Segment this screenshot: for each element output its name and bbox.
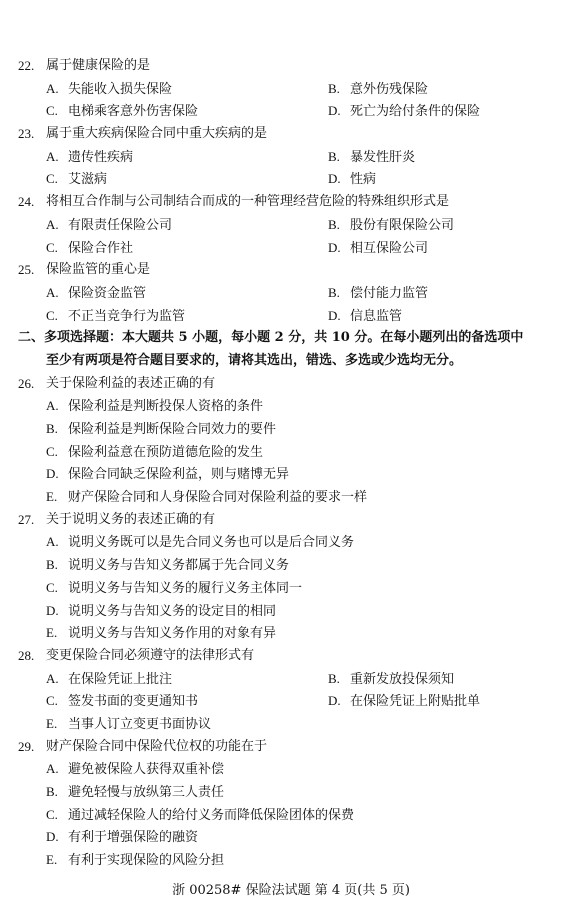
option-letter: A. [46,395,68,418]
question-stem: 变更保险合同必须遵守的法律形式有 [46,645,254,668]
option-text: 通过减轻保险人的给付义务而降低保险团体的保费 [68,808,354,823]
option-b: B.偿付能力监管 [328,282,428,306]
option-a: A.失能收入损失保险 [46,78,172,102]
option-text: 保险合同缺乏保险利益，则与赌博无异 [68,467,289,482]
option-text: 保险利益是判断保险合同效力的要件 [68,422,276,437]
option-c: C.电梯乘客意外伤害保险 [46,100,198,124]
option-letter: A. [46,214,68,237]
option-letter: D. [46,600,68,623]
option-letter: A. [46,668,68,691]
option-e: E.财产保险合同和人身保险合同对保险利益的要求一样 [46,486,367,510]
option-b: B.意外伤残保险 [328,78,428,102]
option-a: A.遗传性疾病 [46,146,133,170]
option-row: E.说明义务与告知义务作用的对象有异 [0,622,582,645]
option-text: 信息监管 [350,309,402,324]
option-text: 性病 [350,172,376,187]
option-text: 意外伤残保险 [350,82,428,97]
question-27: 27. 关于说明义务的表述正确的有 [0,509,582,532]
option-row: A.失能收入损失保险 B.意外伤残保险 [0,78,582,101]
option-row: C.签发书面的变更通知书 D.在保险凭证上附贴批单 [0,690,582,713]
question-stem: 关于保险利益的表述正确的有 [46,373,215,396]
option-text: 当事人订立变更书面协议 [68,717,211,732]
option-row: C.电梯乘客意外伤害保险 D.死亡为给付条件的保险 [0,100,582,123]
question-number: 29. [18,736,34,759]
question-stem: 关于说明义务的表述正确的有 [46,509,215,532]
option-text: 保险利益意在预防道德危险的发生 [68,445,263,460]
option-a: A.在保险凭证上批注 [46,668,172,692]
option-letter: D. [328,690,350,713]
question-number: 23. [18,123,34,146]
option-text: 签发书面的变更通知书 [68,694,198,709]
option-row: C.说明义务与告知义务的履行义务主体同一 [0,577,582,600]
option-letter: C. [46,168,68,191]
option-text: 遗传性疾病 [68,150,133,165]
question-23: 23. 属于重大疾病保险合同中重大疾病的是 [0,123,582,146]
option-letter: C. [46,237,68,260]
option-row: C.通过减轻保险人的给付义务而降低保险团体的保费 [0,804,582,827]
option-text: 在保险凭证上附贴批单 [350,694,480,709]
option-b: B.股份有限保险公司 [328,214,454,238]
option-letter: D. [328,237,350,260]
option-letter: C. [46,305,68,328]
option-letter: C. [46,577,68,600]
option-text: 避免轻慢与放纵第三人责任 [68,785,224,800]
option-text: 说明义务既可以是先合同义务也可以是后合同义务 [68,535,354,550]
option-text: 暴发性肝炎 [350,150,415,165]
option-letter: C. [46,441,68,464]
option-b: B.保险利益是判断保险合同效力的要件 [46,418,276,442]
option-text: 有限责任保险公司 [68,218,172,233]
option-letter: E. [46,849,68,872]
option-letter: A. [46,758,68,781]
question-stem: 属于重大疾病保险合同中重大疾病的是 [46,123,267,146]
option-text: 有利于实现保险的风险分担 [68,853,224,868]
option-text: 说明义务与告知义务都属于先合同义务 [68,558,289,573]
option-letter: C. [46,804,68,827]
option-text: 保险利益是判断投保人资格的条件 [68,399,263,414]
option-d: D.死亡为给付条件的保险 [328,100,480,124]
option-a: A.保险利益是判断投保人资格的条件 [46,395,263,419]
option-letter: A. [46,531,68,554]
option-letter: D. [328,100,350,123]
option-row: C.保险合作社 D.相互保险公司 [0,237,582,260]
option-letter: B. [328,146,350,169]
exam-page: 22. 属于健康保险的是 A.失能收入损失保险 B.意外伤残保险 C.电梯乘客意… [0,55,582,872]
option-text: 股份有限保险公司 [350,218,454,233]
option-row: D.保险合同缺乏保险利益，则与赌博无异 [0,463,582,486]
question-26: 26. 关于保险利益的表述正确的有 [0,373,582,396]
option-letter: B. [328,78,350,101]
option-letter: A. [46,146,68,169]
option-text: 避免被保险人获得双重补偿 [68,762,224,777]
option-letter: D. [46,463,68,486]
page-footer: 浙 00258# 保险法试题 第 4 页(共 5 页) [0,880,582,902]
option-letter: B. [46,554,68,577]
option-c: C.通过减轻保险人的给付义务而降低保险团体的保费 [46,804,354,828]
option-letter: E. [46,713,68,736]
option-row: B.避免轻慢与放纵第三人责任 [0,781,582,804]
option-letter: C. [46,690,68,713]
option-row: D.有利于增强保险的融资 [0,826,582,849]
option-a: A.保险资金监管 [46,282,146,306]
option-text: 死亡为给付条件的保险 [350,104,480,119]
option-text: 不正当竞争行为监管 [68,309,185,324]
section-heading: 二、多项选择题：本大题共 5 小题，每小题 2 分，共 10 分。在每小题列出的… [0,327,582,350]
option-letter: D. [328,305,350,328]
option-letter: D. [328,168,350,191]
option-row: B.说明义务与告知义务都属于先合同义务 [0,554,582,577]
option-text: 相互保险公司 [350,241,428,256]
option-d: D.保险合同缺乏保险利益，则与赌博无异 [46,463,289,487]
option-e: E.有利于实现保险的风险分担 [46,849,224,873]
option-row: D.说明义务与告知义务的设定目的相同 [0,600,582,623]
option-letter: B. [328,214,350,237]
option-b: B.重新发放投保须知 [328,668,454,692]
option-e: E.当事人订立变更书面协议 [46,713,211,737]
option-text: 财产保险合同和人身保险合同对保险利益的要求一样 [68,490,367,505]
question-number: 26. [18,373,34,396]
option-d: D.在保险凭证上附贴批单 [328,690,480,714]
question-stem: 属于健康保险的是 [46,55,150,78]
option-letter: B. [46,781,68,804]
option-row: C.不正当竞争行为监管 D.信息监管 [0,305,582,328]
option-row: E.有利于实现保险的风险分担 [0,849,582,872]
option-letter: E. [46,622,68,645]
option-row: B.保险利益是判断保险合同效力的要件 [0,418,582,441]
option-e: E.说明义务与告知义务作用的对象有异 [46,622,276,646]
option-text: 保险资金监管 [68,286,146,301]
question-25: 25. 保险监管的重心是 [0,259,582,282]
option-d: D.性病 [328,168,376,192]
option-letter: B. [328,282,350,305]
option-a: A.说明义务既可以是先合同义务也可以是后合同义务 [46,531,354,555]
question-28: 28. 变更保险合同必须遵守的法律形式有 [0,645,582,668]
question-stem: 保险监管的重心是 [46,259,150,282]
option-a: A.避免被保险人获得双重补偿 [46,758,224,782]
option-row: A.遗传性疾病 B.暴发性肝炎 [0,146,582,169]
option-d: D.相互保险公司 [328,237,428,261]
option-text: 说明义务与告知义务作用的对象有异 [68,626,276,641]
option-row: A.避免被保险人获得双重补偿 [0,758,582,781]
option-d: D.说明义务与告知义务的设定目的相同 [46,600,276,624]
question-number: 28. [18,645,34,668]
option-text: 电梯乘客意外伤害保险 [68,104,198,119]
option-c: C.签发书面的变更通知书 [46,690,198,714]
option-letter: B. [46,418,68,441]
option-text: 失能收入损失保险 [68,82,172,97]
question-29: 29. 财产保险合同中保险代位权的功能在于 [0,736,582,759]
option-row: A.说明义务既可以是先合同义务也可以是后合同义务 [0,531,582,554]
option-b: B.暴发性肝炎 [328,146,415,170]
option-letter: A. [46,78,68,101]
option-d: D.有利于增强保险的融资 [46,826,198,850]
option-letter: C. [46,100,68,123]
question-number: 27. [18,509,34,532]
option-text: 说明义务与告知义务的设定目的相同 [68,604,276,619]
option-letter: D. [46,826,68,849]
section-instructions-line1: 二、多项选择题：本大题共 5 小题，每小题 2 分，共 10 分。在每小题列出的… [18,327,523,350]
option-row: E.当事人订立变更书面协议 [0,713,582,736]
question-22: 22. 属于健康保险的是 [0,55,582,78]
question-stem: 将相互合作制与公司制结合而成的一种管理经营危险的特殊组织形式是 [46,191,449,214]
option-text: 保险合作社 [68,241,133,256]
option-a: A.有限责任保险公司 [46,214,172,238]
option-c: C.保险利益意在预防道德危险的发生 [46,441,263,465]
section-heading-cont: 至少有两项是符合题目要求的，请将其选出，错选、多选或少选均无分。 [0,350,582,373]
option-b: B.避免轻慢与放纵第三人责任 [46,781,224,805]
option-c: C.艾滋病 [46,168,107,192]
option-row: A.有限责任保险公司 B.股份有限保险公司 [0,214,582,237]
option-row: C.保险利益意在预防道德危险的发生 [0,441,582,464]
option-row: A.在保险凭证上批注 B.重新发放投保须知 [0,668,582,691]
option-letter: B. [328,668,350,691]
option-c: C.保险合作社 [46,237,133,261]
option-row: A.保险利益是判断投保人资格的条件 [0,395,582,418]
option-letter: E. [46,486,68,509]
option-text: 在保险凭证上批注 [68,672,172,687]
option-text: 艾滋病 [68,172,107,187]
question-stem: 财产保险合同中保险代位权的功能在于 [46,736,267,759]
question-number: 25. [18,259,34,282]
option-row: A.保险资金监管 B.偿付能力监管 [0,282,582,305]
question-number: 22. [18,55,34,78]
option-letter: A. [46,282,68,305]
option-text: 说明义务与告知义务的履行义务主体同一 [68,581,302,596]
option-b: B.说明义务与告知义务都属于先合同义务 [46,554,289,578]
question-number: 24. [18,191,34,214]
option-d: D.信息监管 [328,305,402,329]
option-c: C.说明义务与告知义务的履行义务主体同一 [46,577,302,601]
option-text: 重新发放投保须知 [350,672,454,687]
option-c: C.不正当竞争行为监管 [46,305,185,329]
section-instructions-line2: 至少有两项是符合题目要求的，请将其选出，错选、多选或少选均无分。 [46,350,462,373]
option-text: 有利于增强保险的融资 [68,830,198,845]
option-row: E.财产保险合同和人身保险合同对保险利益的要求一样 [0,486,582,509]
question-24: 24. 将相互合作制与公司制结合而成的一种管理经营危险的特殊组织形式是 [0,191,582,214]
option-text: 偿付能力监管 [350,286,428,301]
option-row: C.艾滋病 D.性病 [0,168,582,191]
